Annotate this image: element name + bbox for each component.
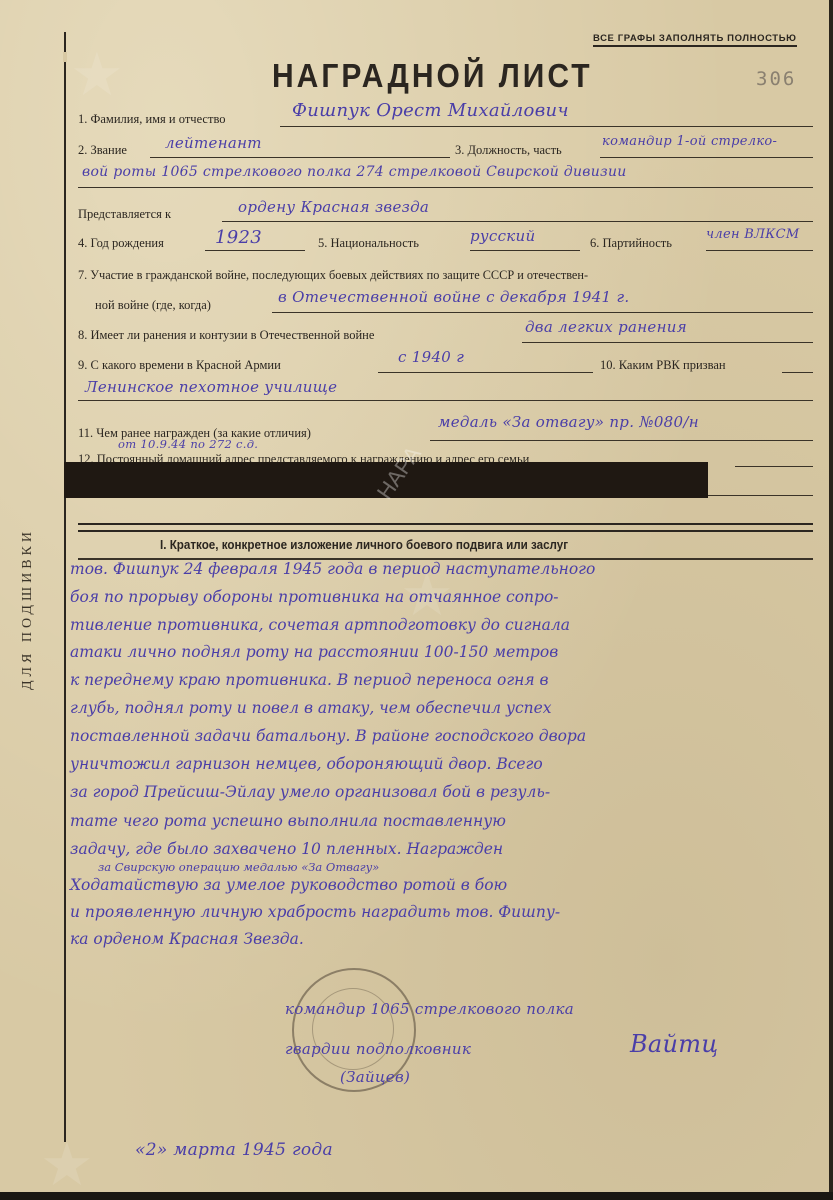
field-7-label-1: 7. Участие в гражданской войне, последую… xyxy=(78,268,588,283)
narrative-line: глубь, поднял роту и повел в атаку, чем … xyxy=(70,699,552,717)
field-3-value-2: вой роты 1065 стрелкового полка 274 стре… xyxy=(82,164,627,180)
field-12-line xyxy=(735,466,813,467)
field-3-line-2 xyxy=(78,187,813,188)
signature-position: командир 1065 стрелкового полка xyxy=(285,1000,574,1018)
field-7-label-2: ной войне (где, когда) xyxy=(95,298,211,313)
field-6-value: член ВЛКСМ xyxy=(706,227,799,242)
document-date: «2» марта 1945 года xyxy=(135,1140,333,1160)
field-11-value-1: медаль «За отвагу» пр. №080/н xyxy=(438,413,699,431)
binding-margin-line xyxy=(64,32,66,1142)
award-line xyxy=(222,221,813,222)
field-1-label: 1. Фамилия, имя и отчество xyxy=(78,112,226,127)
field-7-line xyxy=(272,312,813,313)
field-8-value: два легких ранения xyxy=(525,318,687,336)
field-1-value: Фишпук Орест Михайлович xyxy=(292,100,569,121)
binding-line-gap xyxy=(63,52,67,62)
instruction-text: ВСЕ ГРАФЫ ЗАПОЛНЯТЬ ПОЛНОСТЬЮ xyxy=(593,33,797,47)
binding-label: ДЛЯ ПОДШИВКИ xyxy=(20,528,36,690)
signature-name: (Зайцев) xyxy=(340,1068,410,1086)
field-2-label: 2. Звание xyxy=(78,143,127,158)
field-3-label: 3. Должность, часть xyxy=(455,143,562,158)
document-title: НАГРАДНОЙ ЛИСТ xyxy=(272,58,593,95)
field-8-label: 8. Имеет ли ранения и контузии в Отечест… xyxy=(78,328,374,343)
field-8-line xyxy=(522,342,813,343)
page-edge xyxy=(829,0,833,1200)
narrative-line: тате чего рота успешно выполнила поставл… xyxy=(70,812,506,830)
narrative-line: поставленной задачи батальону. В районе … xyxy=(70,727,586,745)
narrative-line: тов. Фишпук 24 февраля 1945 года в перио… xyxy=(70,560,595,578)
narrative-line: боя по прорыву обороны противника на отч… xyxy=(70,588,559,606)
field-10-value: Ленинское пехотное училище xyxy=(85,378,337,396)
field-12-line-2 xyxy=(708,495,813,496)
field-11-value-2: от 10.9.44 по 272 с.д. xyxy=(118,437,258,451)
field-3-line xyxy=(600,157,813,158)
field-5-value: русский xyxy=(470,227,535,245)
field-3-value-1: командир 1-ой стрелко- xyxy=(602,134,777,149)
field-10-label: 10. Каким РВК призван xyxy=(600,358,726,373)
award-label: Представляется к xyxy=(78,207,171,222)
field-4-label: 4. Год рождения xyxy=(78,236,164,251)
field-10-line-2 xyxy=(78,400,813,401)
section-title: I. Краткое, конкретное изложение личного… xyxy=(160,538,568,552)
narrative-line: уничтожил гарнизон немцев, обороняющий д… xyxy=(70,755,543,773)
field-5-line xyxy=(470,250,580,251)
field-6-line xyxy=(706,250,813,251)
field-9-value: с 1940 г xyxy=(398,348,464,366)
signature-rank: гвардии подполковник xyxy=(285,1040,471,1058)
field-1-line xyxy=(280,126,813,127)
signature: Вайтц xyxy=(630,1030,718,1058)
field-2-line xyxy=(150,157,450,158)
narrative-line: тивление противника, сочетая артподготов… xyxy=(70,616,570,634)
section-rule-top-2 xyxy=(78,530,813,532)
watermark-star-icon: ★ xyxy=(70,40,124,110)
watermark-star-icon: ★ xyxy=(40,1130,94,1200)
narrative-line: за Свирскую операцию медалью «За Отвагу» xyxy=(98,860,379,874)
field-5-label: 5. Национальность xyxy=(318,236,419,251)
narrative-line: ка орденом Красная Звезда. xyxy=(70,930,304,948)
archive-number: 306 xyxy=(756,68,796,90)
narrative-line: к переднему краю противника. В период пе… xyxy=(70,671,549,689)
field-9-line xyxy=(378,372,593,373)
narrative-line: за город Прейсиш-Эйлау умело организовал… xyxy=(70,783,550,801)
narrative-line: и проявленную личную храбрость наградить… xyxy=(70,903,560,921)
narrative-line: задачу, где было захвачено 10 пленных. Н… xyxy=(70,840,503,858)
award-value: ордену Красная звезда xyxy=(238,198,429,216)
field-10-line xyxy=(782,372,813,373)
narrative-line: Ходатайствую за умелое руководство ротой… xyxy=(70,876,507,894)
section-rule-top xyxy=(78,523,813,525)
field-11-line xyxy=(430,440,813,441)
field-9-label: 9. С какого времени в Красной Армии xyxy=(78,358,281,373)
field-4-line xyxy=(205,250,305,251)
field-6-label: 6. Партийность xyxy=(590,236,672,251)
field-7-value: в Отечественной войне с декабря 1941 г. xyxy=(278,288,629,306)
field-2-value: лейтенант xyxy=(165,134,262,152)
field-4-value: 1923 xyxy=(215,227,262,248)
page-edge xyxy=(0,1192,833,1200)
narrative-line: атаки лично поднял роту на расстоянии 10… xyxy=(70,643,558,661)
